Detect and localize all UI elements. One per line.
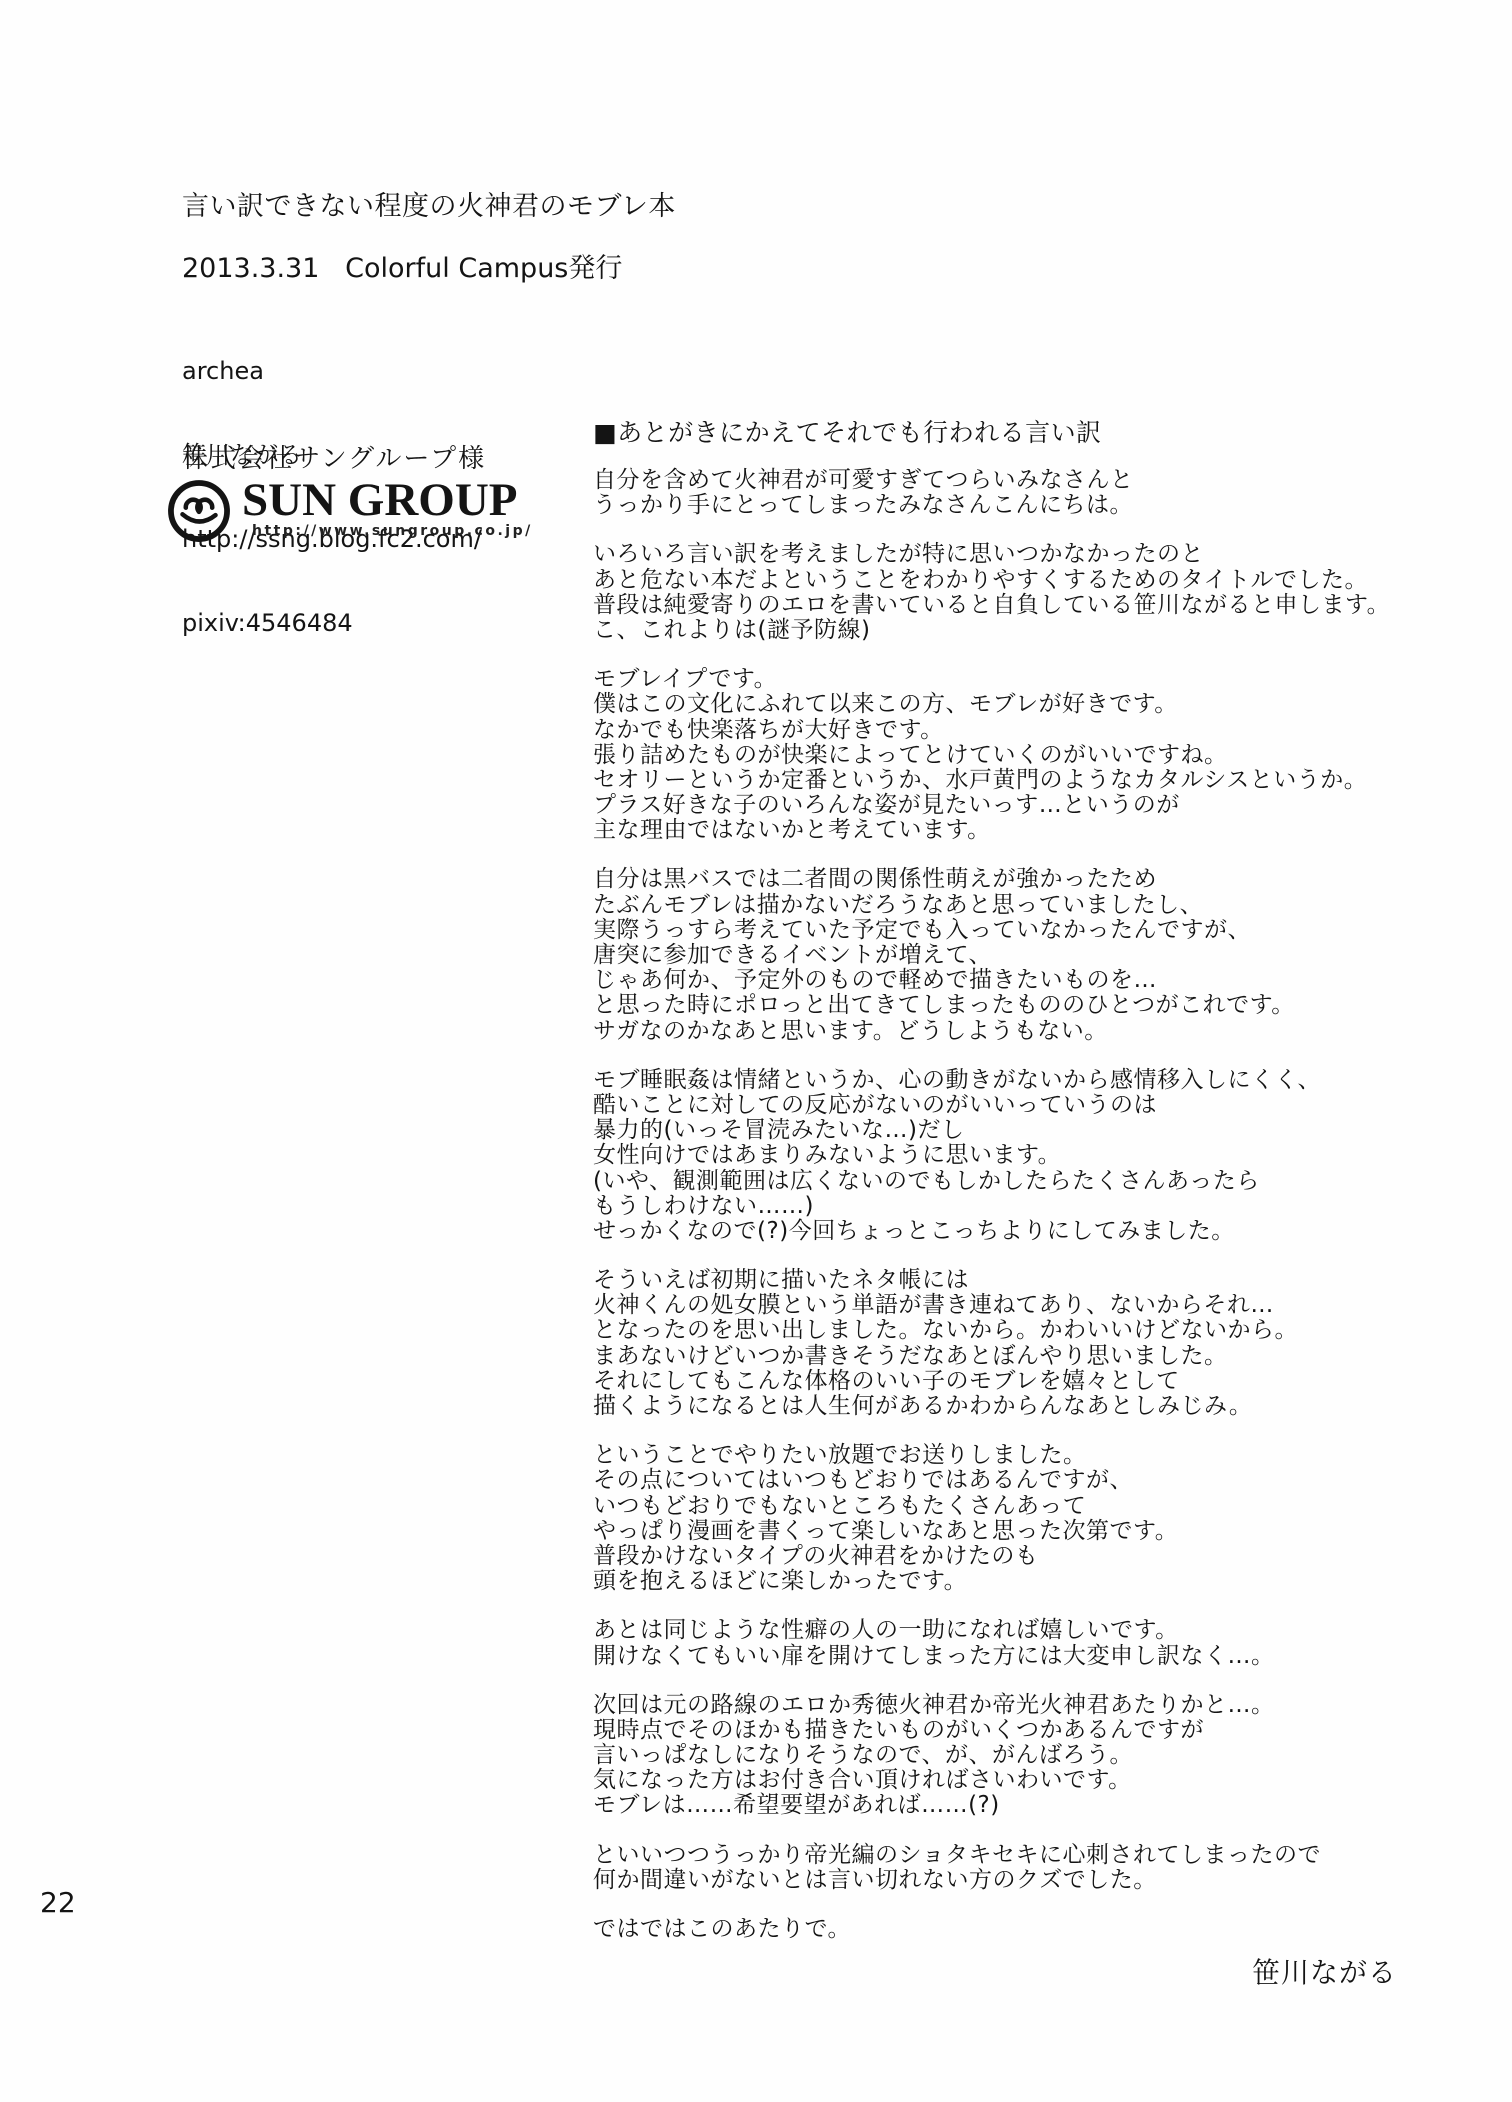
afterword-line: こ、これよりは(謎予防線): [593, 618, 1473, 643]
issue-line: 2013.3.31 Colorful Campus発行: [182, 246, 622, 285]
printer-note: 株式会社サングループ様: [182, 438, 486, 475]
afterword-line: 次回は元の路線のエロか秀徳火神君か帝光火神君あたりかと…。: [593, 1693, 1473, 1718]
afterword-line: 開けなくてもいい扉を開けてしまった方には大変申し訳なく…。: [593, 1644, 1473, 1669]
afterword-line: じゃあ何か、予定外のもので軽めで描きたいものを…: [593, 968, 1473, 993]
afterword-paragraph: モブレイプです。僕はこの文化にふれて以来この方、モブレが好きです。なかでも快楽落…: [593, 667, 1473, 843]
afterword-line: ではではこのあたりで。: [593, 1917, 1473, 1942]
afterword-paragraph: ではではこのあたりで。: [593, 1917, 1473, 1942]
afterword-line: 自分は黒バスでは二者間の関係性萌えが強かったため: [593, 867, 1473, 892]
afterword-line: 頭を抱えるほどに楽しかったです。: [593, 1569, 1473, 1594]
afterword-line: 火神くんの処女膜という単語が書き連ねてあり、ないからそれ…: [593, 1293, 1473, 1318]
afterword-line: その点についてはいつもどおりではあるんですが、: [593, 1468, 1473, 1493]
afterword-line: 僕はこの文化にふれて以来この方、モブレが好きです。: [593, 692, 1473, 717]
afterword-line: 言いっぱなしになりそうなので、が、がんばろう。: [593, 1743, 1473, 1768]
afterword-line: モブレは……希望要望があれば……(?): [593, 1793, 1473, 1818]
afterword-line: いつもどおりでもないところもたくさんあって: [593, 1494, 1473, 1519]
afterword-paragraph: ということでやりたい放題でお送りしました。その点についてはいつもどおりではあるん…: [593, 1443, 1473, 1594]
afterword-line: 普段は純愛寄りのエロを書いていると自負している笹川ながると申します。: [593, 593, 1473, 618]
afterword-paragraph: モブ睡眠姦は情緒というか、心の動きがないから感情移入しにくく、酷いことに対しての…: [593, 1068, 1473, 1244]
afterword-line: 何か間違いがないとは言い切れない方のクズでした。: [593, 1868, 1473, 1893]
afterword-line: うっかり手にとってしまったみなさんこんにちは。: [593, 493, 1473, 518]
book-title: 言い訳できない程度の火神君のモブレ本: [182, 184, 676, 223]
afterword-line: 自分を含めて火神君が可愛すぎてつらいみなさんと: [593, 468, 1473, 493]
afterword-line: といいつつうっかり帝光編のショタキセキに心刺されてしまったので: [593, 1843, 1473, 1868]
afterword-line: 暴力的(いっそ冒涜みたいな…)だし: [593, 1118, 1473, 1143]
afterword-line: ということでやりたい放題でお送りしました。: [593, 1443, 1473, 1468]
afterword-line: あとは同じような性癖の人の一助になれば嬉しいです。: [593, 1618, 1473, 1643]
afterword-line: もうしわけない……): [593, 1194, 1473, 1219]
afterword-paragraph: 自分を含めて火神君が可愛すぎてつらいみなさんとうっかり手にとってしまったみなさん…: [593, 468, 1473, 518]
afterword-line: 現時点でそのほかも描きたいものがいくつかあるんですが: [593, 1718, 1473, 1743]
afterword-line: 描くようになるとは人生何があるかわからんなあとしみじみ。: [593, 1394, 1473, 1419]
signature: 笹川ながる: [1252, 1951, 1397, 1991]
afterword-line: モブレイプです。: [593, 667, 1473, 692]
afterword-line: モブ睡眠姦は情緒というか、心の動きがないから感情移入しにくく、: [593, 1068, 1473, 1093]
afterword-line: そういえば初期に描いたネタ帳には: [593, 1268, 1473, 1293]
logo-wordmark: SUN GROUP: [242, 478, 533, 522]
page-number: 22: [40, 1886, 76, 1919]
afterword-line: たぶんモブレは描かないだろうなあと思っていましたし、: [593, 893, 1473, 918]
afterword-line: いろいろ言い訳を考えましたが特に思いつかなかったのと: [593, 542, 1473, 567]
afterword-line: (いや、観測範囲は広くないのでもしかしたらたくさんあったら: [593, 1169, 1473, 1194]
afterword-paragraph: あとは同じような性癖の人の一助になれば嬉しいです。開けなくてもいい扉を開けてしま…: [593, 1618, 1473, 1668]
afterword-line: 普段かけないタイプの火神君をかけたのも: [593, 1544, 1473, 1569]
afterword-paragraph: いろいろ言い訳を考えましたが特に思いつかなかったのとあと危ない本だよということを…: [593, 542, 1473, 643]
afterword-line: プラス好きな子のいろんな姿が見たいっす…というのが: [593, 793, 1473, 818]
afterword-line: せっかくなので(?)今回ちょっとこっちよりにしてみました。: [593, 1219, 1473, 1244]
afterword-line: 主な理由ではないかと考えています。: [593, 818, 1473, 843]
logo-url: http://www.sungroup.co.jp/: [252, 523, 533, 539]
afterword-line: となったのを思い出しました。ないから。かわいいけどないから。: [593, 1318, 1473, 1343]
logo-text: SUN GROUP http://www.sungroup.co.jp/: [242, 478, 533, 539]
afterword-line: セオリーというか定番というか、水戸黄門のようなカタルシスというか。: [593, 768, 1473, 793]
afterword-heading: ■あとがきにかえてそれでも行われる言い訳: [593, 413, 1102, 449]
afterword-paragraph: といいつつうっかり帝光編のショタキセキに心刺されてしまったので何か間違いがないと…: [593, 1843, 1473, 1893]
afterword-line: やっぱり漫画を書くって楽しいなあと思った次第です。: [593, 1519, 1473, 1544]
doujinshi-afterword-page: 言い訳できない程度の火神君のモブレ本 2013.3.31 Colorful Ca…: [0, 0, 1512, 2102]
circle-name: archea: [182, 357, 482, 385]
afterword-line: あと危ない本だよということをわかりやすくするためのタイトルでした。: [593, 568, 1473, 593]
sungroup-logo-icon: [166, 478, 232, 544]
afterword-paragraph: 次回は元の路線のエロか秀徳火神君か帝光火神君あたりかと…。現時点でそのほかも描き…: [593, 1693, 1473, 1819]
afterword-line: 酷いことに対しての反応がないのがいいっていうのは: [593, 1093, 1473, 1118]
afterword-line: 女性向けではあまりみないように思います。: [593, 1143, 1473, 1168]
afterword-paragraph: 自分は黒バスでは二者間の関係性萌えが強かったためたぶんモブレは描かないだろうなあ…: [593, 867, 1473, 1043]
afterword-line: それにしてもこんな体格のいい子のモブレを嬉々として: [593, 1369, 1473, 1394]
afterword-line: 唐突に参加できるイベントが増えて、: [593, 943, 1473, 968]
afterword-body: 自分を含めて火神君が可愛すぎてつらいみなさんとうっかり手にとってしまったみなさん…: [593, 468, 1473, 1966]
afterword-line: 実際うっすら考えていた予定でも入っていなかったんですが、: [593, 918, 1473, 943]
pixiv-id: pixiv:4546484: [182, 609, 482, 637]
sungroup-logo: SUN GROUP http://www.sungroup.co.jp/: [166, 478, 533, 544]
afterword-paragraph: そういえば初期に描いたネタ帳には火神くんの処女膜という単語が書き連ねてあり、ない…: [593, 1268, 1473, 1419]
afterword-line: サガなのかなあと思います。どうしようもない。: [593, 1019, 1473, 1044]
afterword-line: と思った時にポロっと出てきてしまったもののひとつがこれです。: [593, 993, 1473, 1018]
afterword-line: なかでも快楽落ちが大好きです。: [593, 718, 1473, 743]
afterword-line: 気になった方はお付き合い頂ければさいわいです。: [593, 1768, 1473, 1793]
afterword-line: まあないけどいつか書きそうだなあとぼんやり思いました。: [593, 1344, 1473, 1369]
afterword-line: 張り詰めたものが快楽によってとけていくのがいいですね。: [593, 743, 1473, 768]
